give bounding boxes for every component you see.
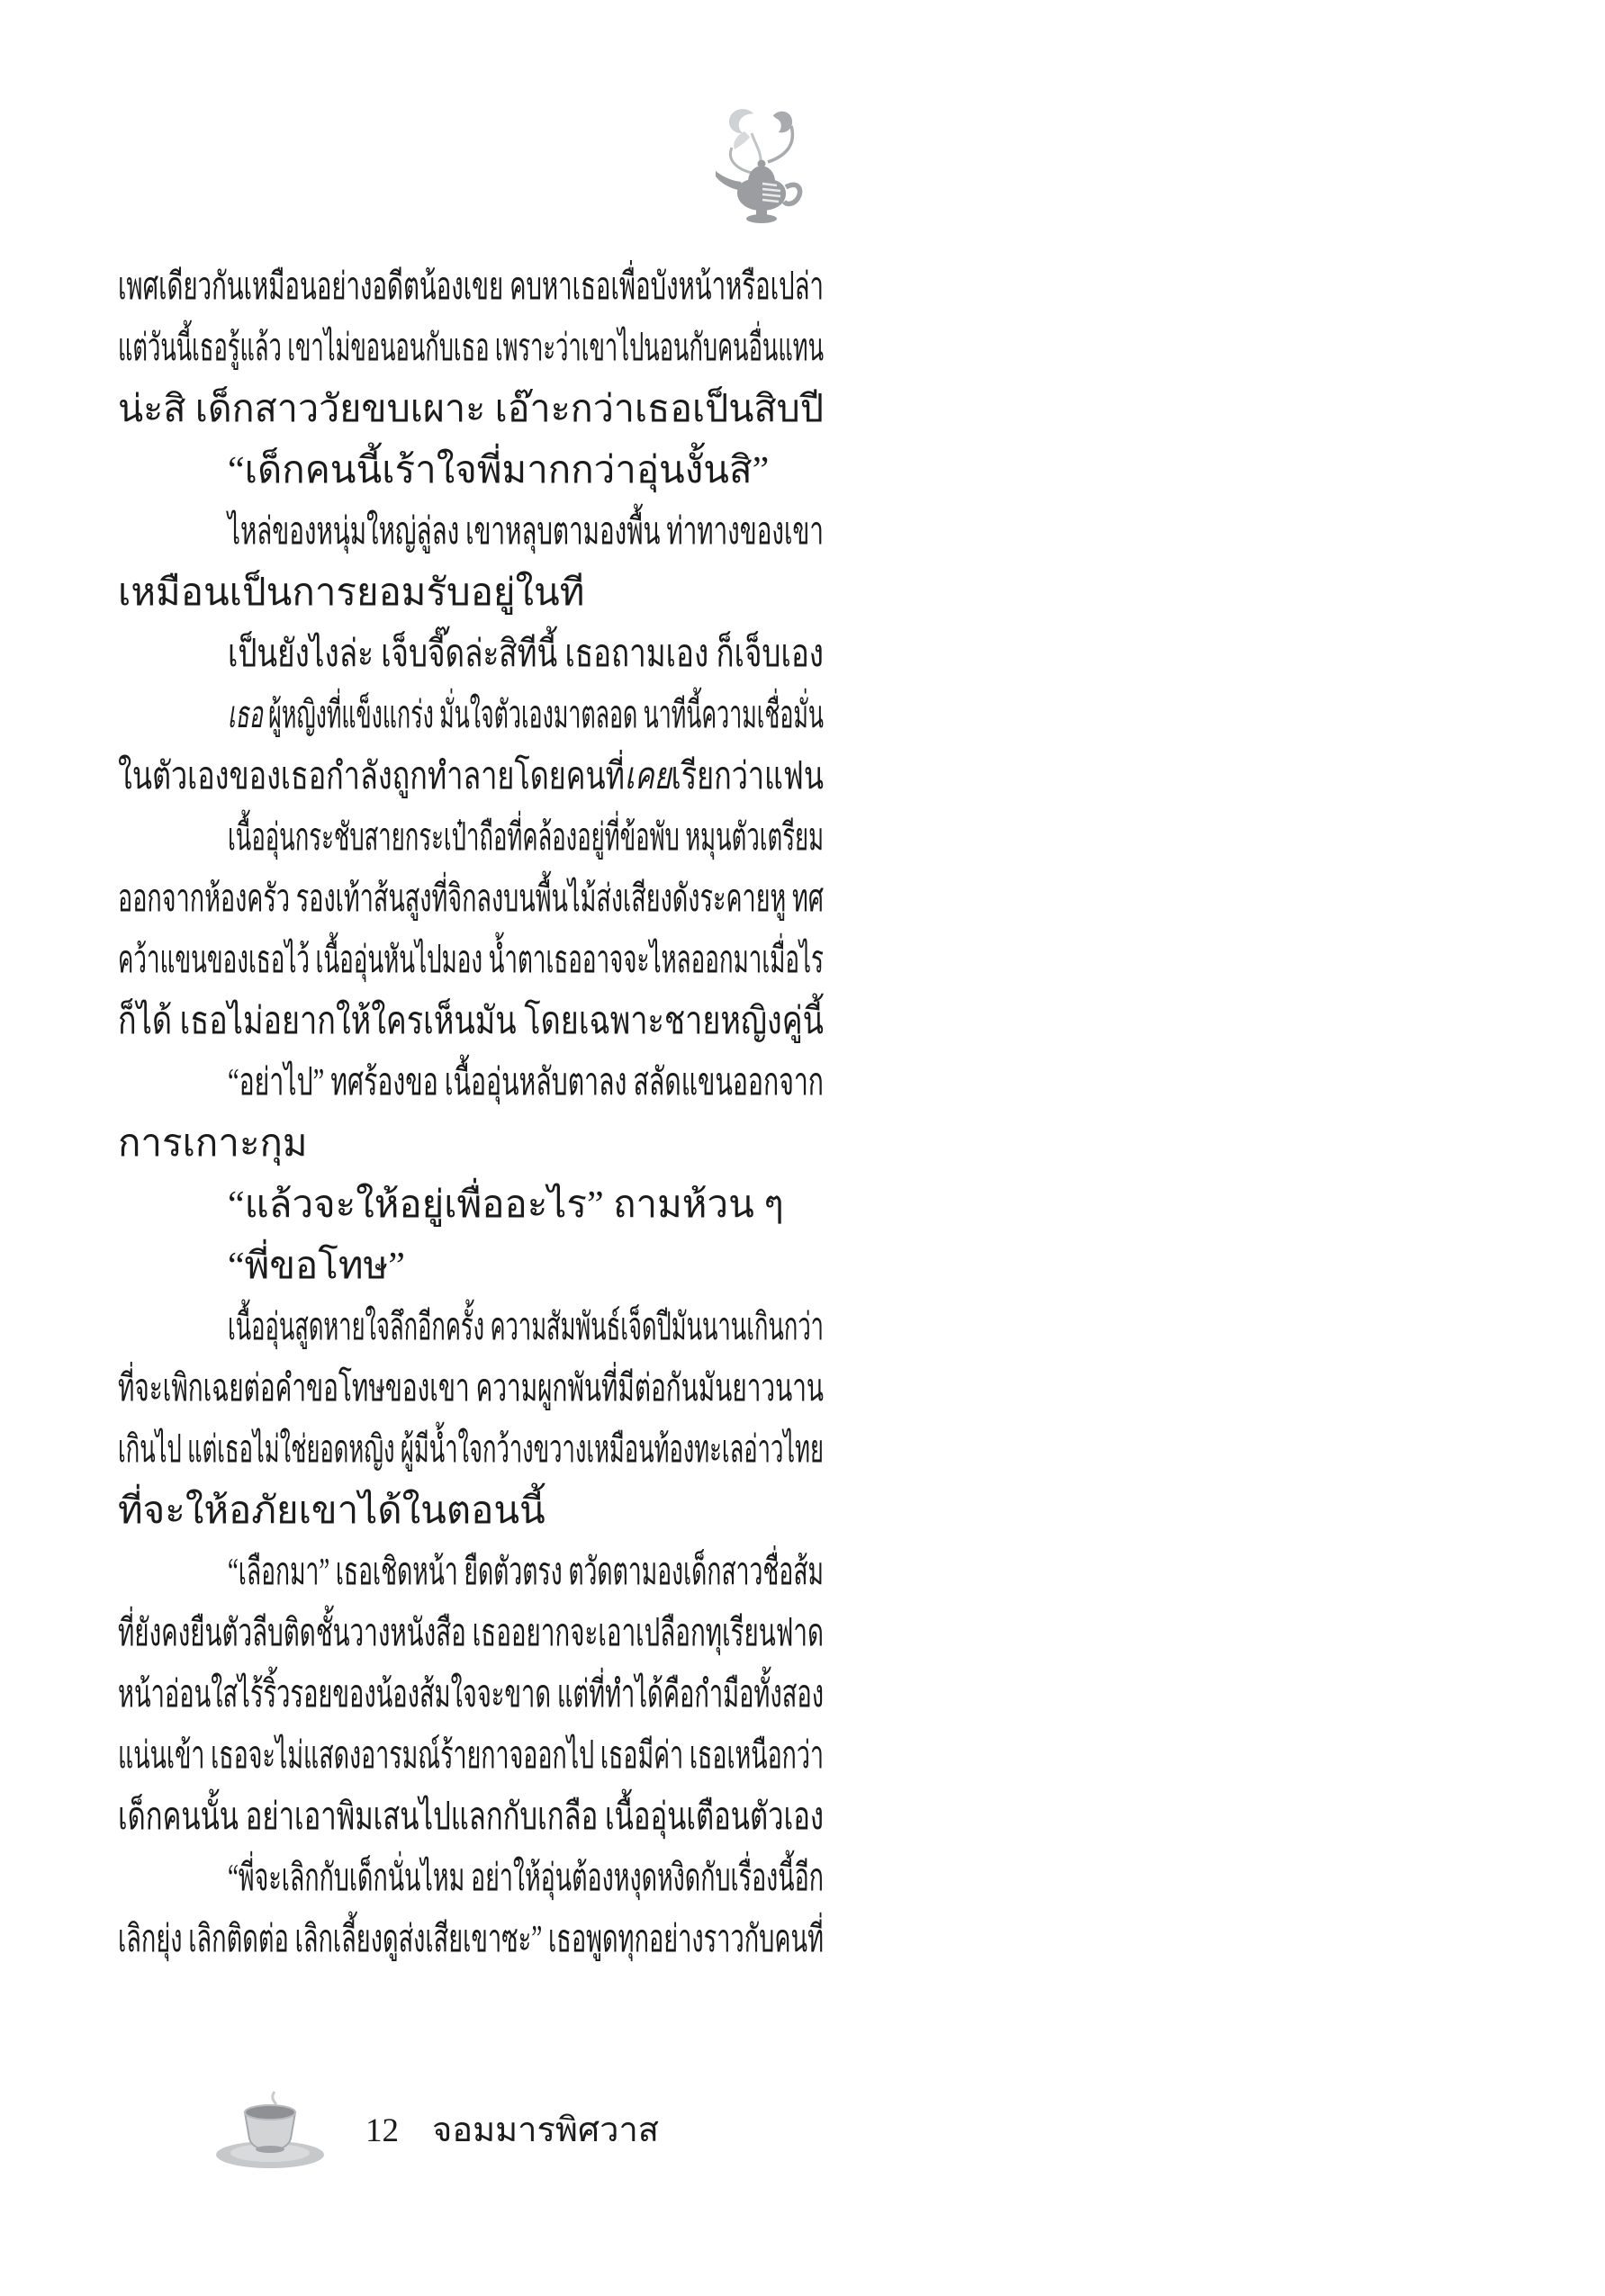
text-line: ออกจากห้องครัว รองเท้าส้นสูงที่จิกลงบนพื… <box>118 869 824 930</box>
text-line: “อย่าไป” ทศร้องขอ เนื้ออุ่นหลับตาลง สลัด… <box>118 1052 824 1113</box>
text-line: “พี่จะเลิกกับเด็กนั่นไหม อย่าให้อุ่นต้อง… <box>118 1848 824 1909</box>
text-line: ที่จะให้อภัยเขาได้ในตอนนี้ <box>118 1481 824 1542</box>
text-line: ในตัวเองของเธอกำลังถูกทำลายโดยคนที่เคยเร… <box>118 746 824 807</box>
text-line: “เลือกมา” เธอเชิดหน้า ยืดตัวตรง ตวัดตามอ… <box>118 1542 824 1603</box>
text-line: คว้าแขนของเธอไว้ เนื้ออุ่นหันไปมอง น้ำตา… <box>118 930 824 991</box>
text-line: “พี่ขอโทษ” <box>118 1236 824 1297</box>
text-line: การเกาะกุม <box>118 1113 824 1175</box>
page-footer: 12 จอมมารพิศวาส <box>0 2079 1605 2187</box>
italic-word: เธอ <box>228 695 263 736</box>
text-line: เลิกยุ่ง เลิกติดต่อ เลิกเลี้ยงดูส่งเสียเ… <box>118 1909 824 1970</box>
text-line: ไหล่ของหนุ่มใหญ่ลู่ลง เขาหลุบตามองพื้น ท… <box>118 501 824 563</box>
coffee-cup-icon <box>203 2090 338 2176</box>
genie-lamp-smoke-icon <box>705 104 816 229</box>
text-line: แต่วันนี้เธอรู้แล้ว เขาไม่ขอนอนกับเธอ เพ… <box>118 318 824 379</box>
text-line: เหมือนเป็นการยอมรับอยู่ในที <box>118 563 824 624</box>
book-title: จอมมารพิศวาส <box>432 2111 659 2149</box>
text-line: เนื้ออุ่นกระชับสายกระเป๋าถือที่คล้องอยู่… <box>118 807 824 869</box>
book-page: เพศเดียวกันเหมือนอย่างอดีตน้องเขย คบหาเธ… <box>0 0 1605 2296</box>
text-line: เป็นยังไงล่ะ เจ็บจี๊ดล่ะสิทีนี้ เธอถามเอ… <box>118 624 824 685</box>
text-line: “แล้วจะให้อยู่เพื่ออะไร” ถามห้วน ๆ <box>118 1175 824 1236</box>
text-line: ก็ได้ เธอไม่อยากให้ใครเห็นมัน โดยเฉพาะชา… <box>118 991 824 1052</box>
text-line: เธอ ผู้หญิงที่แข็งแกร่ง มั่นใจตัวเองมาตล… <box>118 685 824 746</box>
page-number: 12 <box>365 2113 399 2149</box>
text-line: เด็กคนนั้น อย่าเอาพิมเสนไปแลกกับเกลือ เน… <box>118 1787 824 1848</box>
text-line: เนื้ออุ่นสูดหายใจลึกอีกครั้ง ความสัมพันธ… <box>118 1297 824 1358</box>
text-line: ที่ยังคงยืนตัวลีบติดชั้นวางหนังสือ เธออย… <box>118 1603 824 1664</box>
text-line: เพศเดียวกันเหมือนอย่างอดีตน้องเขย คบหาเธ… <box>118 257 824 318</box>
text-line: แน่นเข้า เธอจะไม่แสดงอารมณ์ร้ายกาจออกไป … <box>118 1725 824 1787</box>
page-body-text: เพศเดียวกันเหมือนอย่างอดีตน้องเขย คบหาเธ… <box>118 257 824 1970</box>
italic-word: เคย <box>625 756 672 797</box>
text-line: น่ะสิ เด็กสาววัยขบเผาะ เอ๊าะกว่าเธอเป็นส… <box>118 379 824 440</box>
text-line: “เด็กคนนี้เร้าใจพี่มากกว่าอุ่นงั้นสิ” <box>118 440 824 501</box>
text-line: ที่จะเพิกเฉยต่อคำขอโทษของเขา ความผูกพันท… <box>118 1358 824 1419</box>
text-line: หน้าอ่อนใสไร้ริ้วรอยของน้องส้มใจจะขาด แต… <box>118 1664 824 1725</box>
text-line: เกินไป แต่เธอไม่ใช่ยอดหญิง ผู้มีน้ำใจกว้… <box>118 1419 824 1481</box>
